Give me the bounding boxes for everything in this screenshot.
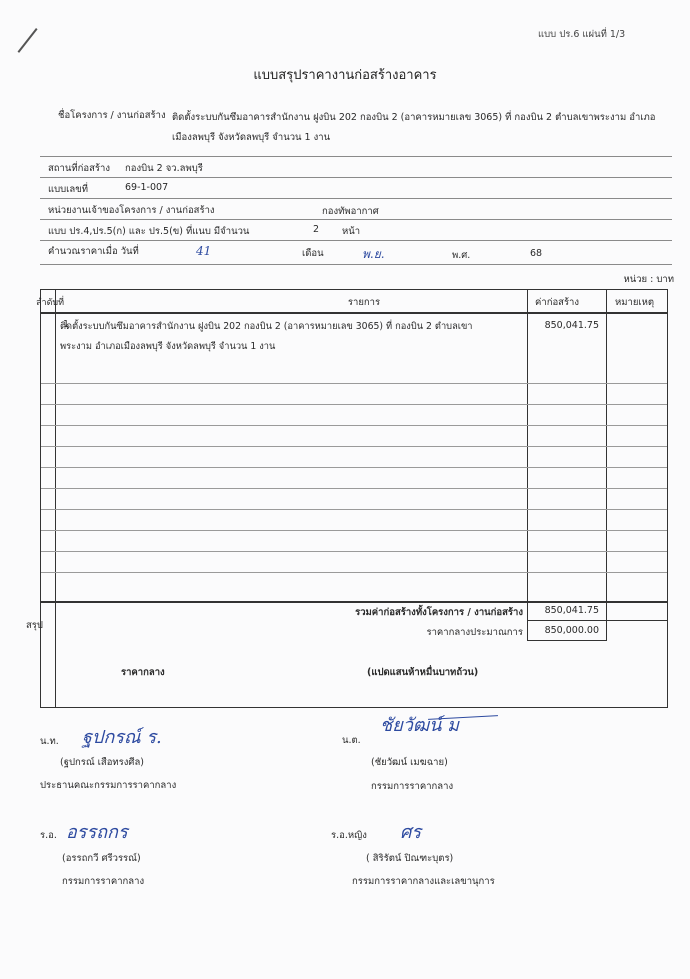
- summary-label: สรุป: [26, 618, 43, 633]
- header-cost: ค่าก่อสร้าง: [535, 295, 579, 310]
- col-divider: [55, 290, 56, 708]
- median-price-label: ราคากลาง: [121, 665, 165, 680]
- price-summary-table: ลำดับที่ รายการ ค่าก่อสร้าง หมายเหตุ 1 ต…: [40, 289, 668, 708]
- calc-month: พ.ย.: [362, 245, 385, 264]
- row-rule: [41, 509, 667, 510]
- site-label: สถานที่ก่อสร้าง: [48, 161, 110, 176]
- attachment-unit: หน้า: [342, 224, 360, 239]
- calc-year: 68: [530, 248, 542, 259]
- owner-label: หน่วยงานเจ้าของโครงการ / งานก่อสร้าง: [48, 203, 215, 218]
- project-name: ติดตั้งระบบกันซึมอาคารสำนักงาน ฝูงบิน 20…: [172, 108, 677, 148]
- drawing-number: 69-1-007: [125, 182, 168, 193]
- row-1-item-line2: พระงาม อำเภอเมืองลพบุรี จังหวัดลพบุรี จำ…: [60, 339, 275, 354]
- signer-2-role: กรรมการราคากลาง: [371, 779, 453, 794]
- col-divider: [527, 290, 528, 626]
- row-rule: [41, 404, 667, 405]
- drawing-label: แบบเลขที่: [48, 182, 88, 197]
- row-rule: [41, 572, 667, 573]
- signer-4-role: กรรมการราคากลางและเลขานุการ: [352, 874, 495, 889]
- divider: [40, 240, 672, 241]
- row-rule: [41, 446, 667, 447]
- project-name-line2: เมืองลพบุรี จังหวัดลพบุรี จำนวน 1 งาน: [172, 128, 677, 148]
- project-label: ชื่อโครงการ / งานก่อสร้าง: [58, 108, 166, 123]
- unit-label: หน่วย : บาท: [623, 272, 674, 287]
- summary-row-rule: [527, 640, 607, 641]
- signer-1-rank: น.ท.: [40, 734, 59, 749]
- signer-1-role: ประธานคณะกรรมการราคากลาง: [40, 778, 176, 793]
- year-label: พ.ศ.: [452, 248, 470, 263]
- total-value: 850,041.75: [527, 605, 599, 616]
- row-rule: [41, 488, 667, 489]
- row-1-item-line1: ติดตั้งระบบกันซึมอาคารสำนักงาน ฝูงบิน 20…: [60, 319, 473, 334]
- row-rule: [41, 383, 667, 384]
- divider: [40, 219, 672, 220]
- signer-2-signature: ชัยวัฒน์ ม: [380, 710, 459, 739]
- divider: [40, 156, 672, 157]
- owner-value: กองทัพอากาศ: [322, 204, 379, 219]
- calc-date-label: คำนวณราคาเมื่อ วันที่: [48, 244, 139, 259]
- signer-1-name: (ฐปกรณ์ เสือทรงศีล): [60, 755, 144, 770]
- document-title: แบบสรุปราคางานก่อสร้างอาคาร: [0, 64, 690, 85]
- signer-3-name: (อรรถกวี ศรีวรรณ์): [62, 851, 141, 866]
- summary-row-rule: [527, 620, 668, 621]
- summary-rule: [41, 601, 667, 603]
- divider: [40, 264, 672, 265]
- row-rule: [41, 467, 667, 468]
- col-divider: [606, 601, 607, 641]
- attachment-label: แบบ ปร.4,ปร.5(ก) และ ปร.5(ข) ที่แนบ มีจำ…: [48, 224, 249, 239]
- sheet-reference: แบบ ปร.6 แผ่นที่ 1/3: [538, 27, 625, 42]
- row-rule: [41, 551, 667, 552]
- header-remark: หมายเหตุ: [615, 295, 654, 310]
- pen-mark: [18, 28, 38, 53]
- divider: [40, 177, 672, 178]
- median-price-words: (แปดแสนห้าหมื่นบาทถ้วน): [367, 665, 478, 680]
- signer-4-rank: ร.อ.หญิง: [331, 828, 367, 843]
- month-label: เดือน: [302, 246, 324, 261]
- calc-day: 41: [196, 244, 211, 258]
- signer-2-rank: น.ต.: [342, 733, 361, 748]
- signer-4-signature: ศร: [400, 817, 421, 846]
- row-rule: [41, 425, 667, 426]
- signer-3-rank: ร.อ.: [40, 828, 57, 843]
- site-value: กองบิน 2 จว.ลพบุรี: [125, 161, 203, 176]
- row-1-cost: 850,041.75: [527, 320, 599, 331]
- estimate-value: 850,000.00: [527, 625, 599, 636]
- total-label: รวมค่าก่อสร้างทั้งโครงการ / งานก่อสร้าง: [355, 605, 523, 620]
- attachment-count: 2: [313, 224, 319, 235]
- header-item-label: รายการ: [348, 297, 380, 308]
- signer-3-signature: อรรถกร: [66, 817, 128, 846]
- signer-4-name: ( สิริรัตน์ ปิณฑะบุตร): [366, 851, 453, 866]
- estimate-label: ราคากลางประมาณการ: [426, 625, 523, 640]
- divider: [40, 198, 672, 199]
- signer-3-role: กรรมการราคากลาง: [62, 874, 144, 889]
- project-name-line1: ติดตั้งระบบกันซึมอาคารสำนักงาน ฝูงบิน 20…: [172, 108, 677, 128]
- header-rule: [41, 312, 667, 314]
- col-divider: [606, 290, 607, 626]
- signer-2-name: (ชัยวัฒน์ เมฆฉาย): [371, 755, 448, 770]
- signer-1-signature: ฐปกรณ์ ร.: [82, 722, 162, 751]
- row-rule: [41, 530, 667, 531]
